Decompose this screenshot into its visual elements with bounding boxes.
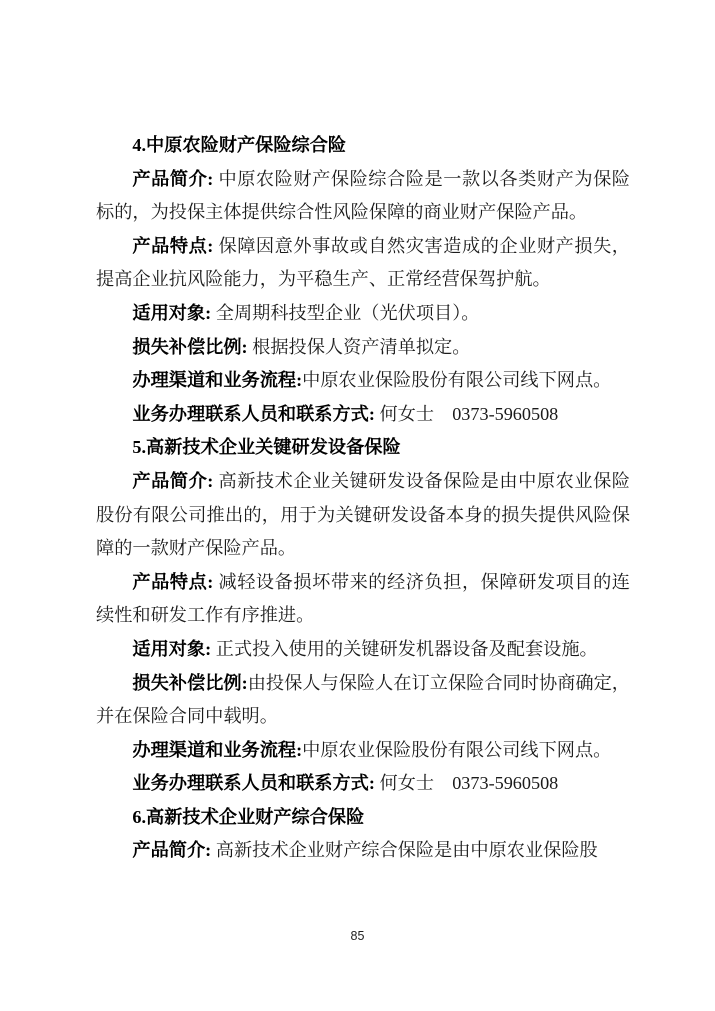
field-label-product-features: 产品特点:	[132, 572, 213, 592]
paragraph-product-features: 产品特点: 减轻设备损坏带来的经济负担，保障研发项目的连续性和研发工作有序推进。	[96, 566, 630, 633]
section-heading-6: 6.高新技术企业财产综合保险	[96, 801, 630, 835]
paragraph-product-intro: 产品简介: 中原农险财产保险综合险是一款以各类财产为保险标的，为投保主体提供综合…	[96, 163, 630, 230]
field-value-contact-info: 何女士 0373-5960508	[375, 773, 558, 793]
paragraph-target-audience: 适用对象: 全周期科技型企业（光伏项目）。	[96, 297, 630, 331]
paragraph-product-intro: 产品简介: 高新技术企业关键研发设备保险是由中原农业保险股份有限公司推出的，用于…	[96, 465, 630, 566]
field-value-channel-process: 中原农业保险股份有限公司线下网点。	[302, 740, 611, 760]
page-number: 85	[351, 929, 365, 943]
paragraph-target-audience: 适用对象: 正式投入使用的关键研发机器设备及配套设施。	[96, 633, 630, 667]
field-value-contact-info: 何女士 0373-5960508	[375, 404, 558, 424]
field-label-target-audience: 适用对象:	[132, 639, 211, 659]
field-label-channel-process: 办理渠道和业务流程:	[132, 370, 302, 390]
field-value-channel-process: 中原农业保险股份有限公司线下网点。	[302, 370, 611, 390]
page-footer: 85	[0, 929, 715, 943]
field-label-product-intro: 产品简介:	[132, 840, 211, 860]
paragraph-contact-info: 业务办理联系人员和联系方式: 何女士 0373-5960508	[96, 398, 630, 432]
paragraph-product-features: 产品特点: 保障因意外事故或自然灾害造成的企业财产损失，提高企业抗风险能力，为平…	[96, 230, 630, 297]
field-value-target-audience: 全周期科技型企业（光伏项目）。	[211, 303, 479, 323]
paragraph-product-intro: 产品简介: 高新技术企业财产综合保险是由中原农业保险股	[96, 834, 630, 868]
paragraph-channel-process: 办理渠道和业务流程:中原农业保险股份有限公司线下网点。	[96, 734, 630, 768]
field-label-compensation-ratio: 损失补偿比例:	[132, 337, 247, 357]
paragraph-contact-info: 业务办理联系人员和联系方式: 何女士 0373-5960508	[96, 767, 630, 801]
section-heading-5: 5.高新技术企业关键研发设备保险	[96, 431, 630, 465]
field-value-target-audience: 正式投入使用的关键研发机器设备及配套设施。	[211, 639, 598, 659]
field-label-compensation-ratio: 损失补偿比例:	[132, 673, 247, 693]
field-label-product-features: 产品特点:	[132, 236, 213, 256]
field-value-product-intro: 高新技术企业财产综合保险是由中原农业保险股	[211, 840, 598, 860]
field-label-channel-process: 办理渠道和业务流程:	[132, 740, 302, 760]
section-heading-4: 4.中原农险财产保险综合险	[96, 129, 630, 163]
document-page: 4.中原农险财产保险综合险 产品简介: 中原农险财产保险综合险是一款以各类财产为…	[0, 0, 715, 1011]
field-label-product-intro: 产品简介:	[132, 471, 213, 491]
document-body: 4.中原农险财产保险综合险 产品简介: 中原农险财产保险综合险是一款以各类财产为…	[96, 129, 630, 868]
paragraph-compensation-ratio: 损失补偿比例:由投保人与保险人在订立保险合同时协商确定，并在保险合同中载明。	[96, 667, 630, 734]
field-label-target-audience: 适用对象:	[132, 303, 211, 323]
paragraph-compensation-ratio: 损失补偿比例: 根据投保人资产清单拟定。	[96, 331, 630, 365]
paragraph-channel-process: 办理渠道和业务流程:中原农业保险股份有限公司线下网点。	[96, 364, 630, 398]
field-label-product-intro: 产品简介:	[132, 169, 213, 189]
field-label-contact-info: 业务办理联系人员和联系方式:	[132, 773, 375, 793]
field-value-compensation-ratio: 根据投保人资产清单拟定。	[248, 337, 471, 357]
field-label-contact-info: 业务办理联系人员和联系方式:	[132, 404, 375, 424]
